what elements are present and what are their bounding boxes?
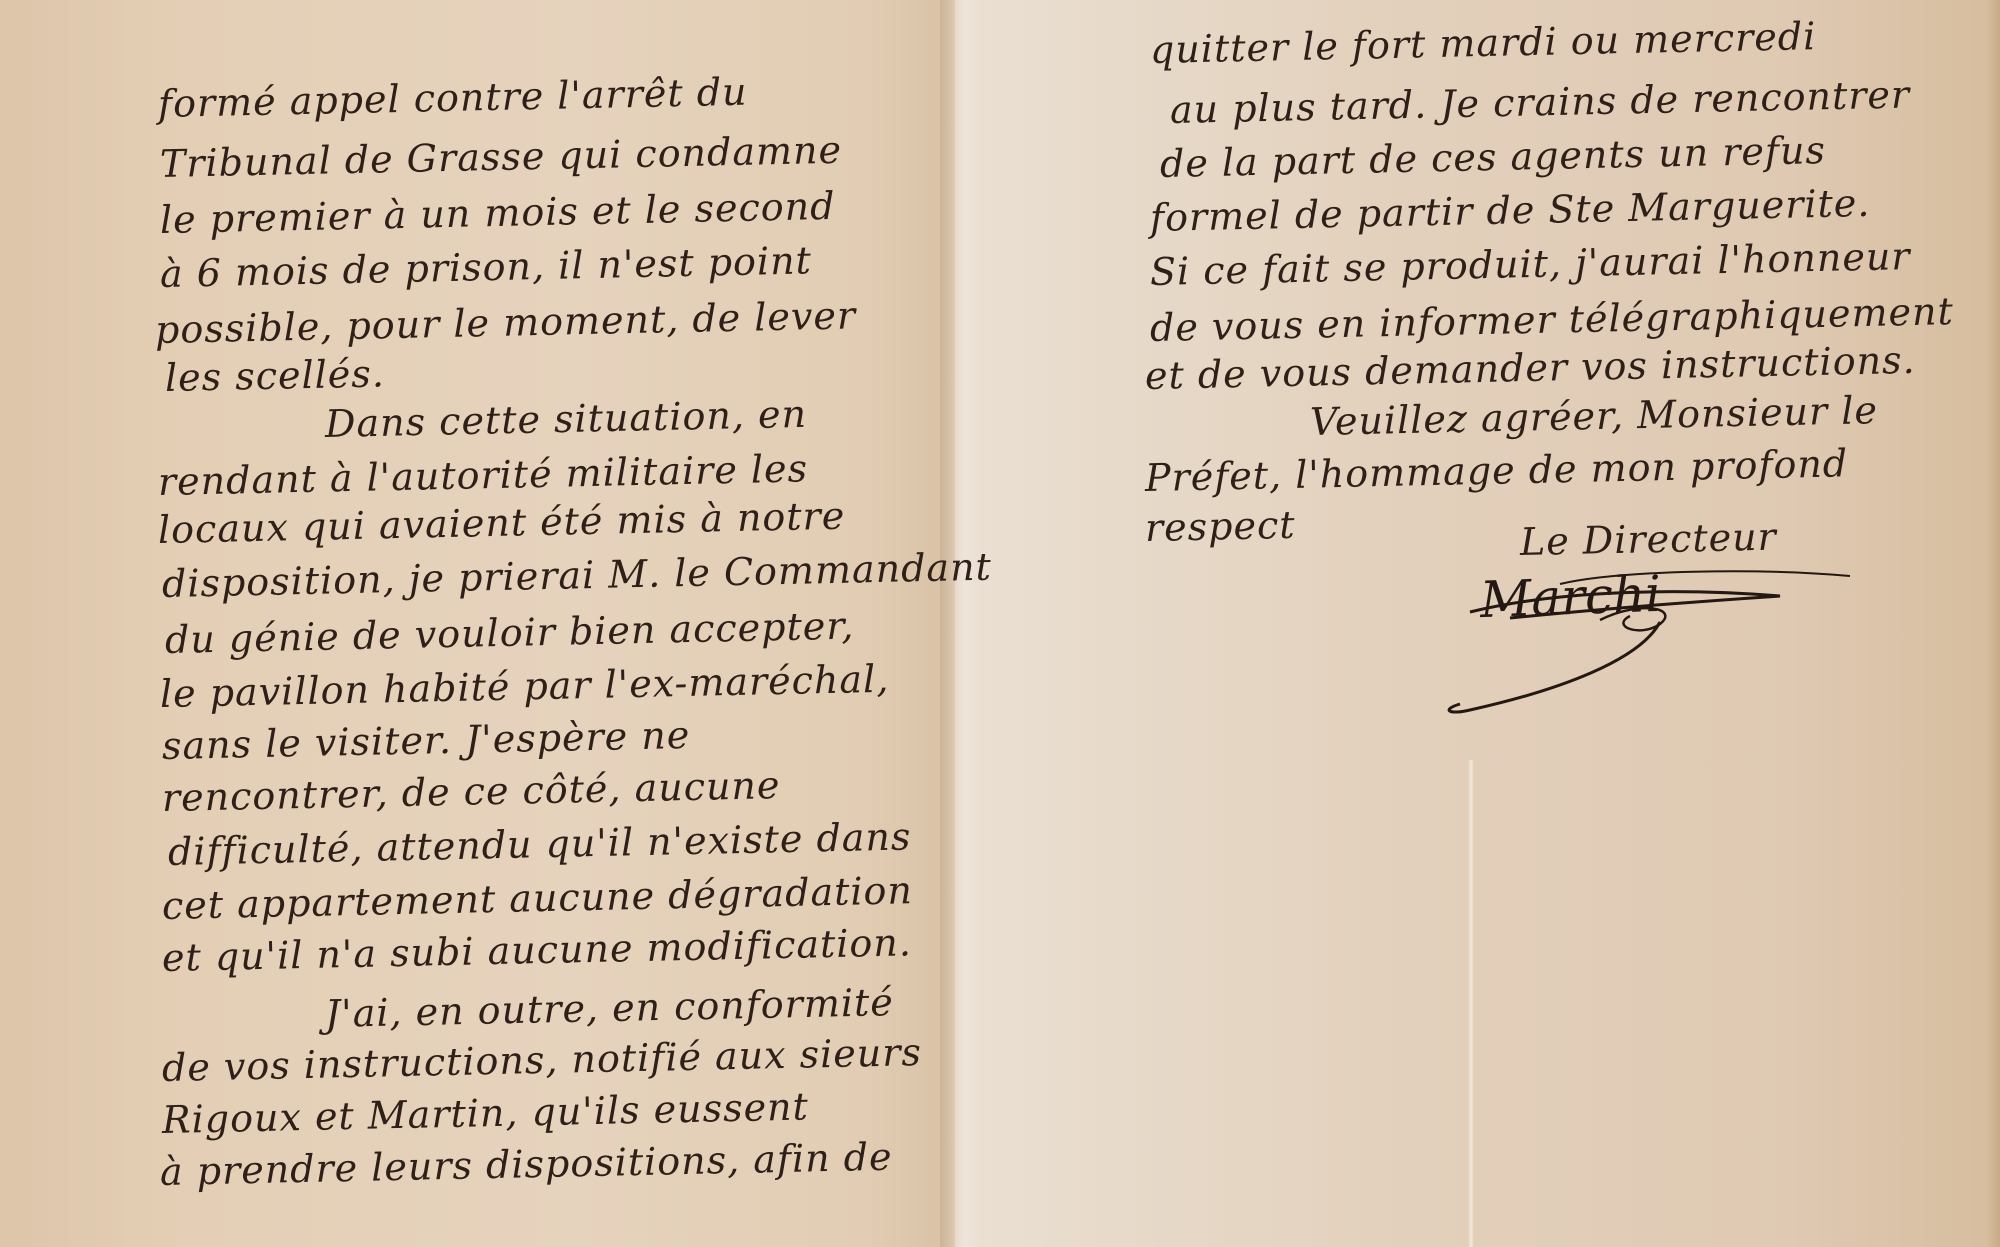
- left-line-6: les scellés.: [165, 351, 386, 400]
- closing-title: Le Directeur: [1520, 515, 1778, 564]
- paper-crease: [1468, 760, 1474, 1247]
- page-edge: [1986, 0, 2000, 1247]
- page-gutter: [940, 0, 980, 1247]
- right-line-10: respect: [1145, 503, 1296, 550]
- signature-flourish-icon: [1360, 560, 1880, 740]
- letter-spread: formé appel contre l'arrêt du Tribunal d…: [0, 0, 2000, 1247]
